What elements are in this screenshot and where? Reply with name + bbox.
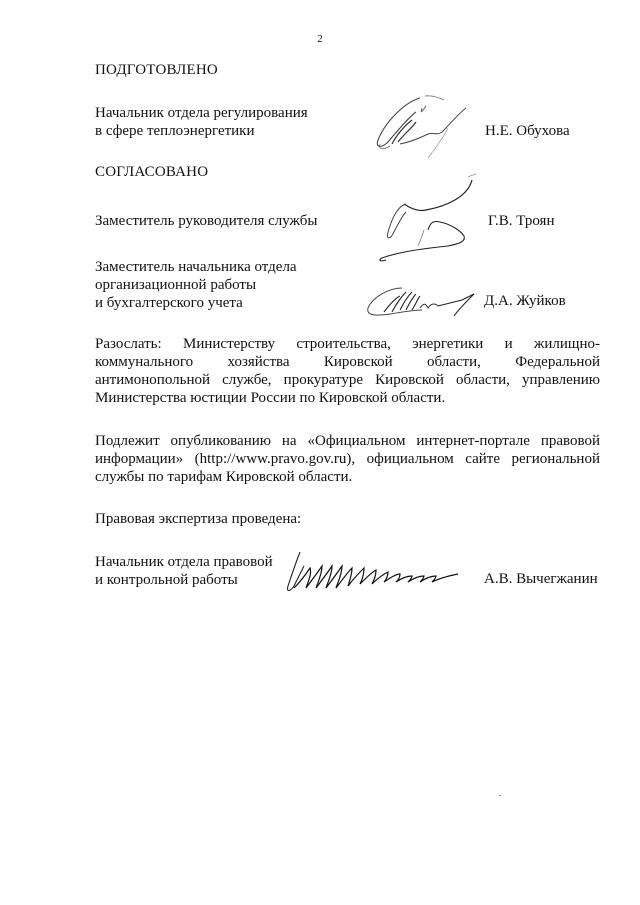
agreed-signatory-2-name: Д.А. Жуйков: [484, 292, 566, 310]
scan-speck: [499, 795, 501, 796]
distribution-paragraph: Разослать: Министерству строительства, э…: [95, 335, 600, 407]
signature-troyan: [368, 170, 478, 265]
position-line: Заместитель руководителя службы: [95, 212, 365, 230]
distribution-line: Министерства юстиции России по Кировской…: [95, 389, 600, 407]
publication-line: службы по тарифам Кировской области.: [95, 468, 600, 486]
agreed-signatory-2-position: Заместитель начальника отдела организаци…: [95, 258, 365, 312]
distribution-line: Разослать: Министерству строительства, э…: [95, 335, 600, 353]
prepared-signatory-position: Начальник отдела регулирования в сфере т…: [95, 104, 365, 140]
distribution-line: коммунального хозяйства Кировской област…: [95, 353, 600, 371]
publication-paragraph: Подлежит опубликованию на «Официальном и…: [95, 432, 600, 486]
legal-review-signatory-name: А.В. Вычегжанин: [484, 570, 598, 588]
document-page: 2 ПОДГОТОВЛЕНО Начальник отдела регулиро…: [0, 0, 640, 905]
position-line: организационной работы: [95, 276, 365, 294]
signature-obukhova: [370, 92, 480, 162]
position-line: в сфере теплоэнергетики: [95, 122, 365, 140]
signature-vychegzhanin: [280, 548, 470, 598]
distribution-line: антимонопольной службе, прокуратуре Киро…: [95, 371, 600, 389]
agreed-signatory-1-name: Г.В. Троян: [488, 212, 554, 230]
position-line: Заместитель начальника отдела: [95, 258, 365, 276]
position-line: Начальник отдела регулирования: [95, 104, 365, 122]
page-number: 2: [0, 33, 640, 45]
agreed-signatory-1-position: Заместитель руководителя службы: [95, 212, 365, 230]
signature-zhuikov: [362, 282, 477, 322]
legal-review-statement: Правовая экспертиза проведена:: [95, 510, 365, 528]
agreed-heading: СОГЛАСОВАНО: [95, 163, 208, 181]
prepared-heading: ПОДГОТОВЛЕНО: [95, 61, 218, 79]
publication-line: информации» (http://www.pravo.gov.ru), о…: [95, 450, 600, 468]
position-line: и бухгалтерского учета: [95, 294, 365, 312]
publication-line: Подлежит опубликованию на «Официальном и…: [95, 432, 600, 450]
prepared-signatory-name: Н.Е. Обухова: [485, 122, 570, 140]
